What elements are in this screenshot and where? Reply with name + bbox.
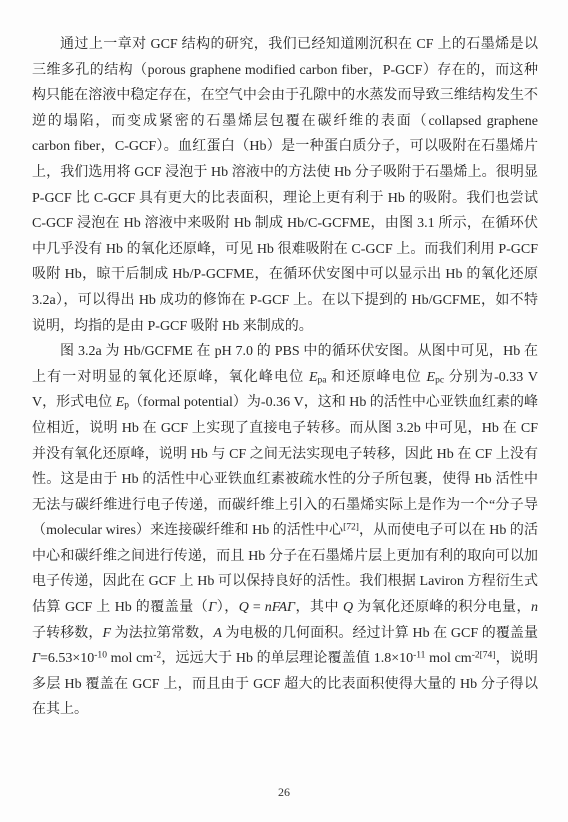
page-number: 26 xyxy=(0,785,568,800)
text-line: 中心和碳纤维之间进行传递，而且 Hb 分子在石墨烯片层上更加有利的取向可以加速 xyxy=(32,544,538,570)
document-page: 通过上一章对 GCF 结构的研究，我们已经知道刚沉积在 CF 上的石墨烯是以一种… xyxy=(0,0,568,822)
text-line: （molecular wires）来连接碳纤维和 Hb 的活性中心[72]，从而… xyxy=(32,518,538,544)
text-line: 子转移数，F 为法拉第常数，A 为电极的几何面积。经过计算 Hb 在 GCF 的… xyxy=(32,621,538,647)
text-block: 通过上一章对 GCF 结构的研究，我们已经知道刚沉积在 CF 上的石墨烯是以一种… xyxy=(32,32,538,723)
text-line: C-GCF 浸泡在 Hb 溶液中来吸附 Hb 制成 Hb/C-GCFME，由图 … xyxy=(32,211,538,237)
text-line: 逆的塌陷，而变成紧密的石墨烯层包覆在碳纤维的表面（collapsed graph… xyxy=(32,109,538,135)
text-line: 通过上一章对 GCF 结构的研究，我们已经知道刚沉积在 CF 上的石墨烯是以一种 xyxy=(32,32,538,58)
text-line: 性。这是由于 Hb 的活性中心亚铁血红素被疏水性的分子所包裹，使得 Hb 活性中… xyxy=(32,467,538,493)
text-line: 3.2a），可以得出 Hb 成功的修饰在 P-GCF 上。在以下提到的 Hb/G… xyxy=(32,288,538,314)
text-line: 多层 Hb 覆盖在 GCF 上，而且由于 GCF 超大的比表面积使得大量的 Hb… xyxy=(32,672,538,698)
text-line: 位相近，说明 Hb 在 GCF 上实现了直接电子转移。而从图 3.2b 中可见，… xyxy=(32,416,538,442)
text-line: carbon fiber，C-GCF）。血红蛋白（Hb）是一种蛋白质分子，可以吸… xyxy=(32,134,538,160)
text-line: 吸附 Hb，晾干后制成 Hb/P-GCFME，在循环伏安图中可以显示出 Hb 的… xyxy=(32,262,538,288)
text-line: 估算 GCF 上 Hb 的覆盖量（Γ），Q = nFAΓ，其中 Q 为氧化还原峰… xyxy=(32,595,538,621)
text-line: 中几乎没有 Hb 的氧化还原峰，可见 Hb 很难吸附在 C-GCF 上。而我们利… xyxy=(32,237,538,263)
text-line: P-GCF 比 C-GCF 具有更大的比表面积，理论上更有利于 Hb 的吸附。我… xyxy=(32,186,538,212)
text-line: 电子传递，因此在 GCF 上 Hb 可以保持良好的活性。我们根据 Laviron… xyxy=(32,569,538,595)
text-line: 并没有氧化还原峰，说明 Hb 与 CF 之间无法实现电子转移，因此 Hb 在 C… xyxy=(32,442,538,468)
text-line: Γ=6.53×10-10 mol cm-2，远远大于 Hb 的单层理论覆盖值 1… xyxy=(32,646,538,672)
text-line: 上，我们选用将 GCF 浸泡于 Hb 溶液中的方法使 Hb 分子吸附于石墨烯上。… xyxy=(32,160,538,186)
text-line: 图 3.2a 为 Hb/GCFME 在 pH 7.0 的 PBS 中的循环伏安图… xyxy=(32,339,538,365)
text-line: 无法与碳纤维进行电子传递，而碳纤维上引入的石墨烯实际上是作为一个“分子导线” xyxy=(32,493,538,519)
text-line: 上有一对明显的氧化还原峰，氧化峰电位 Epa 和还原峰电位 Epc 分别为-0.… xyxy=(32,365,538,391)
text-line: 在其上。 xyxy=(32,697,538,723)
text-line: 说明，均指的是由 P-GCF 吸附 Hb 来制成的。 xyxy=(32,314,538,340)
text-line: 三维多孔的结构（porous graphene modified carbon … xyxy=(32,58,538,84)
text-line: 构只能在溶液中稳定存在，在空气中会由于孔隙中的水蒸发而导致三维结构发生不可 xyxy=(32,83,538,109)
text-line: V，形式电位 Ep（formal potential）为-0.36 V，这和 H… xyxy=(32,390,538,416)
